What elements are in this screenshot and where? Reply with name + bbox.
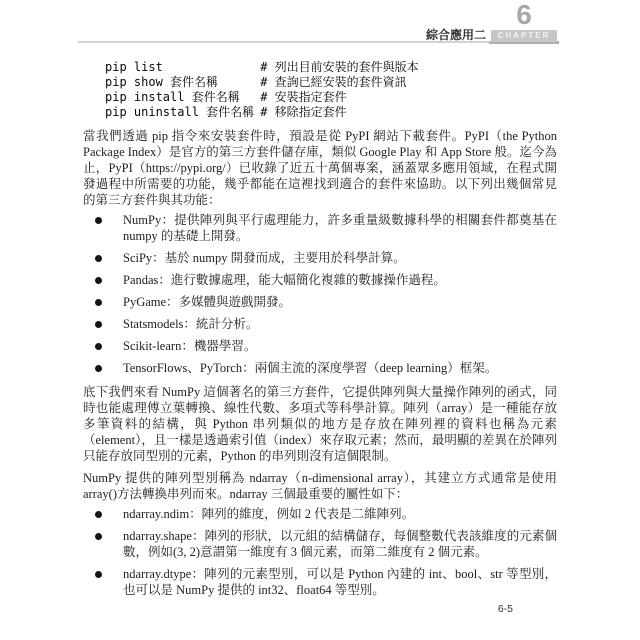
list-item-dtype: ndarray.dtype：陣列的元素型別，可以是 Python 內建的 int… xyxy=(83,566,557,598)
code-line: pip uninstall 套件名稱 # 移除指定套件 xyxy=(105,105,557,120)
list-item-text: ndarray.ndim：陣列的維度，例如 2 代表是二維陣列。 xyxy=(123,507,414,521)
chapter-label: CHAPTER xyxy=(491,30,557,42)
chapter-number: 6 xyxy=(491,0,557,30)
bullet-icon xyxy=(95,365,102,372)
code-line: pip list # 列出目前安裝的套件與版本 xyxy=(105,60,557,75)
paragraph-ndarray-intro: NumPy 提供的陣列型別稱為 ndarray（n-dimensional ar… xyxy=(83,470,557,502)
list-item-text: Pandas：進行數據處理，能大幅簡化複雜的數據操作過程。 xyxy=(123,273,446,287)
list-item-scipy: SciPy：基於 numpy 開發而成，主要用於科學計算。 xyxy=(83,250,557,266)
bullet-icon xyxy=(95,533,102,540)
list-item-tensorflow-pytorch: TensorFlows、PyTorch：兩個主流的深度學習（deep learn… xyxy=(83,360,557,376)
bullet-icon xyxy=(95,321,102,328)
code-line: pip show 套件名稱 # 查詢已經安裝的套件資訊 xyxy=(105,75,557,90)
list-item-text: PyGame：多媒體與遊戲開發。 xyxy=(123,295,291,309)
list-item-pandas: Pandas：進行數據處理，能大幅簡化複雜的數據操作過程。 xyxy=(83,272,557,288)
code-comment: # 查詢已經安裝的套件資訊 xyxy=(260,75,406,89)
list-item-numpy: NumPy：提供陣列與平行處理能力，許多重量級數據科學的相關套件都奠基在 num… xyxy=(83,212,557,244)
bullet-icon xyxy=(95,571,102,578)
list-item-text: ndarray.shape：陣列的形狀，以元組的結構儲存，每個整數代表該維度的元… xyxy=(123,529,557,559)
list-item-statsmodels: Statsmodels：統計分析。 xyxy=(83,316,557,332)
bullet-icon xyxy=(95,511,102,518)
section-title: 綜合應用二 xyxy=(426,26,486,43)
list-item-text: TensorFlows、PyTorch：兩個主流的深度學習（deep learn… xyxy=(123,361,497,375)
package-list: NumPy：提供陣列與平行處理能力，許多重量級數據科學的相關套件都奠基在 num… xyxy=(83,212,557,376)
bullet-icon xyxy=(95,343,102,350)
paragraph-pypi-intro: 當我們透過 pip 指令來安裝套件時，預設是從 PyPI 網站下載套件。PyPI… xyxy=(83,128,557,208)
code-comment: # 移除指定套件 xyxy=(260,105,346,119)
code-line: pip install 套件名稱 # 安裝指定套件 xyxy=(105,90,557,105)
pip-code-block: pip list # 列出目前安裝的套件與版本 pip show 套件名稱 # … xyxy=(105,60,557,120)
list-item-text: Scikit-learn：機器學習。 xyxy=(123,339,256,353)
bullet-icon xyxy=(95,217,102,224)
list-item-text: ndarray.dtype：陣列的元素型別，可以是 Python 內建的 int… xyxy=(123,567,557,597)
list-item-text: SciPy：基於 numpy 開發而成，主要用於科學計算。 xyxy=(123,251,406,265)
list-item-shape: ndarray.shape：陣列的形狀，以元組的結構儲存，每個整數代表該維度的元… xyxy=(83,528,557,560)
bullet-icon xyxy=(95,277,102,284)
list-item-pygame: PyGame：多媒體與遊戲開發。 xyxy=(83,294,557,310)
list-item-text: Statsmodels：統計分析。 xyxy=(123,317,258,331)
page-number: 6-5 xyxy=(498,603,513,615)
chapter-badge: 6 CHAPTER xyxy=(491,0,557,42)
ndarray-attribute-list: ndarray.ndim：陣列的維度，例如 2 代表是二維陣列。 ndarray… xyxy=(83,506,557,598)
book-page: 綜合應用二 6 CHAPTER pip list # 列出目前安裝的套件與版本 … xyxy=(0,0,640,640)
code-command: pip uninstall 套件名稱 xyxy=(105,105,253,120)
list-item-ndim: ndarray.ndim：陣列的維度，例如 2 代表是二維陣列。 xyxy=(83,506,557,522)
paragraph-numpy-intro: 底下我們來看 NumPy 這個著名的第三方套件，它提供陣列與大量操作陣列的函式，… xyxy=(83,384,557,464)
code-command: pip install 套件名稱 xyxy=(105,90,253,105)
list-item-text: NumPy：提供陣列與平行處理能力，許多重量級數據科學的相關套件都奠基在 num… xyxy=(123,213,557,243)
page-header: 綜合應用二 6 CHAPTER xyxy=(83,0,557,44)
code-comment: # 安裝指定套件 xyxy=(260,90,346,104)
list-item-scikit-learn: Scikit-learn：機器學習。 xyxy=(83,338,557,354)
code-command: pip list xyxy=(105,60,253,75)
bullet-icon xyxy=(95,299,102,306)
code-comment: # 列出目前安裝的套件與版本 xyxy=(260,60,418,74)
bullet-icon xyxy=(95,255,102,262)
code-command: pip show 套件名稱 xyxy=(105,75,253,90)
